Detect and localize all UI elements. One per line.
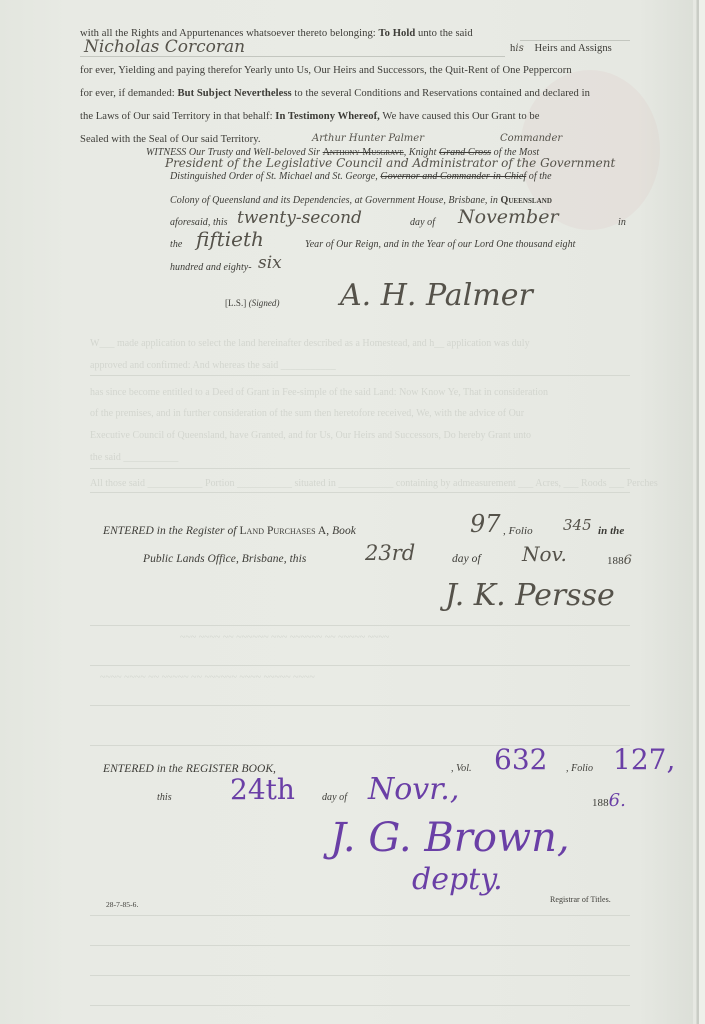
- grant-line-5: the Laws of Our said Territory in that b…: [80, 111, 539, 122]
- ghost-rule: [90, 1005, 630, 1006]
- month-written: November: [458, 206, 559, 228]
- bleed-through-handwriting: ~~~ ~~~~ ~~ ~~~~~~ ~~~ ~~~~~~ ~~ ~~~~~ ~…: [180, 632, 389, 643]
- bleed-through-line: has since become entitled to a Deed of G…: [90, 387, 548, 398]
- registrar-signature: J. G. Brown,: [330, 815, 570, 861]
- bleed-through-line: the said ___________: [90, 452, 178, 463]
- ghost-rule: [90, 665, 630, 666]
- folio-number: 127,: [613, 743, 675, 776]
- register-day: 24th: [230, 773, 295, 806]
- land-entry-line-2: Public Lands Office, Brisbane, this: [143, 553, 306, 565]
- in-the-label: in the: [598, 525, 624, 537]
- deputy-note: depty.: [412, 862, 503, 897]
- grantee-name: Nicholas Corcoran: [84, 37, 245, 57]
- grant-line-4: for ever, if demanded: But Subject Never…: [80, 88, 590, 99]
- grantee-rule: [80, 56, 505, 57]
- bleed-through-line: of the premises, and in further consider…: [90, 408, 524, 419]
- the-label: the: [170, 239, 182, 250]
- ghost-rule: [90, 492, 630, 493]
- entry-day: 23rd: [365, 541, 415, 565]
- bleed-through-line: approved and confirmed: And whereas the …: [90, 360, 336, 371]
- entry-year: 1886: [607, 553, 632, 568]
- registrar-label: Registrar of Titles.: [550, 895, 611, 904]
- ghost-rule: [90, 625, 630, 626]
- grant-line-6: Sealed with the Seal of Our said Territo…: [80, 134, 261, 145]
- witness-line-6: hundred and eighty-: [170, 262, 252, 273]
- day-written: twenty-second: [237, 208, 362, 228]
- governor-signature: A. H. Palmer: [340, 278, 533, 313]
- register-month: Novr.,: [368, 772, 459, 807]
- ghost-rule: [90, 945, 630, 946]
- folio-number: 345: [563, 516, 592, 534]
- entry-month: Nov.: [522, 542, 567, 566]
- page-margin: [699, 0, 705, 1024]
- bleed-through-line: Executive Council of Queensland, have Gr…: [90, 430, 531, 441]
- inserted-title: Commander: [500, 133, 562, 144]
- folio-label: , Folio: [566, 763, 593, 774]
- witness-line-2: Distinguished Order of St. Michael and S…: [170, 171, 552, 182]
- ghost-rule: [90, 745, 630, 746]
- folio-label: , Folio: [503, 525, 533, 537]
- day-of-label: day of: [452, 553, 481, 565]
- day-of-label: day of: [410, 217, 435, 228]
- seal-label: [L.S.] (Signed): [225, 298, 280, 308]
- day-of-label: day of: [322, 792, 347, 803]
- bleed-through-line: W___ made application to select the land…: [90, 338, 530, 349]
- book-number: 97: [470, 510, 501, 538]
- ghost-rule: [90, 375, 630, 376]
- witness-line-3: Colony of Queensland and its Dependencie…: [170, 195, 552, 206]
- blank-rule: [520, 40, 630, 41]
- document-page: with all the Rights and Appurtenances wh…: [0, 0, 693, 1024]
- grant-line-3: for ever, Yielding and paying therefor Y…: [80, 65, 572, 76]
- form-code: 28-7-85-6.: [106, 900, 138, 909]
- ghost-rule: [90, 915, 630, 916]
- this-label: this: [157, 792, 172, 803]
- reign-year-written: fiftieth: [196, 227, 264, 251]
- bleed-through-line: All those said ___________ Portion _____…: [90, 478, 658, 489]
- ghost-rule: [90, 975, 630, 976]
- ghost-rule: [90, 705, 630, 706]
- witness-line-5: Year of Our Reign, and in the Year of ou…: [305, 239, 576, 250]
- register-year: 1886.: [592, 790, 626, 811]
- lands-signature: J. K. Persse: [445, 578, 615, 613]
- bleed-through-handwriting: ~~~~ ~~~~ ~~ ~~~~~ ~~ ~~~~~~ ~~~~ ~~~~~ …: [100, 672, 315, 683]
- inserted-office: President of the Legislative Council and…: [165, 156, 615, 170]
- vol-number: 632: [494, 743, 547, 776]
- heirs-line: his Heirs and Assigns: [510, 43, 612, 54]
- land-entry-line-1: ENTERED in the Register of Land Purchase…: [103, 525, 356, 537]
- ghost-rule: [90, 468, 630, 469]
- in-label: in: [618, 217, 626, 228]
- year-written: six: [258, 253, 282, 273]
- inserted-name: Arthur Hunter Palmer: [312, 133, 424, 144]
